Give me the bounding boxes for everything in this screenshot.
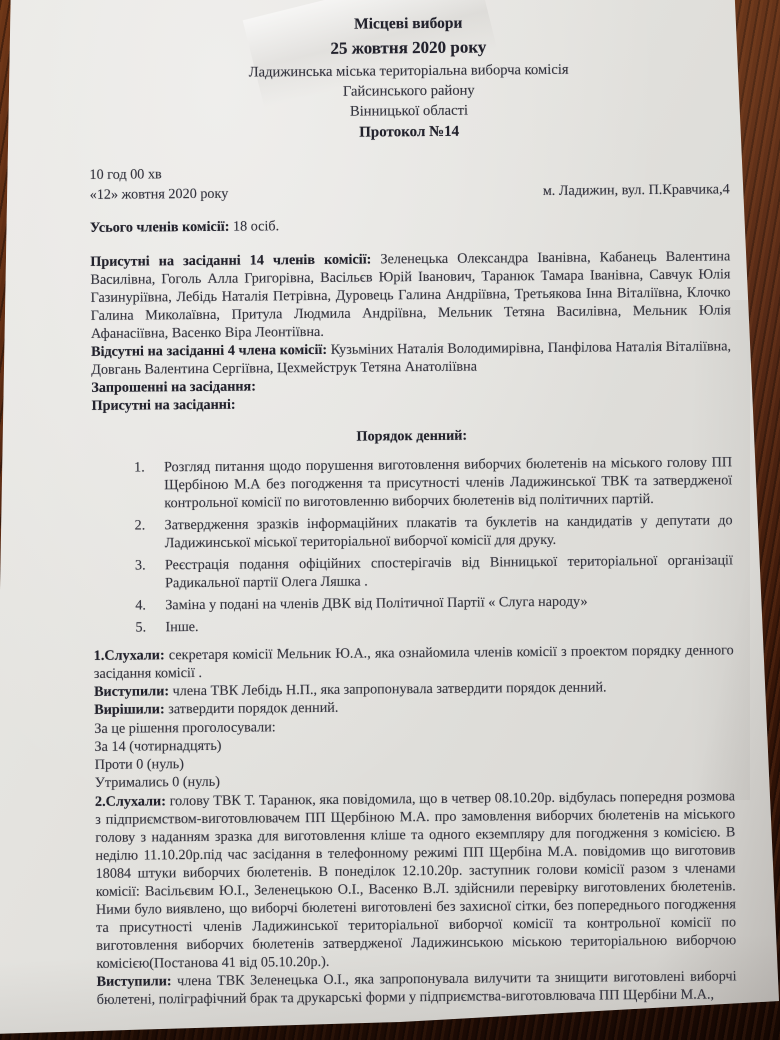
section1-heard-text: секретаря комісії Мельник Ю.А., яка озна… bbox=[94, 642, 734, 682]
total-members-line: Усього членів комісії: 18 осіб. bbox=[90, 213, 730, 237]
agenda-item: 2. Затвердження зразків інформаційних пл… bbox=[93, 511, 733, 553]
agenda-item-number: 1. bbox=[134, 458, 164, 512]
agenda-title: Порядок денний: bbox=[92, 424, 732, 448]
section1-heard-label: 1.Слухали: bbox=[94, 647, 165, 664]
total-members-value: 18 осіб. bbox=[233, 218, 279, 234]
present-members-label: Присутні на засіданні 14 членів комісії: bbox=[90, 251, 371, 269]
agenda-list: 1. Розгляд питання щодо порушення вигото… bbox=[92, 453, 734, 637]
agenda-item: 4. Заміна у подані на членів ДВК від Пол… bbox=[93, 591, 733, 615]
present-members-paragraph: Присутні на засіданні 14 членів комісії:… bbox=[90, 247, 731, 343]
election-title: Місцеві вибори bbox=[88, 12, 728, 36]
section1-spoke-text: члена ТВК Лебідь Н.П., яка запропонувала… bbox=[173, 679, 607, 699]
agenda-item-text: Розгляд питання щодо порушення виготовле… bbox=[164, 453, 732, 512]
section2-spoke-text: члена ТВК Зеленецька О.І., яка запропону… bbox=[97, 968, 737, 1008]
meeting-date-place: «12» жовтня 2020 року м. Ладижин, вул. П… bbox=[90, 180, 730, 204]
absent-members-paragraph: Відсутні на засіданні 4 члена комісії: К… bbox=[91, 337, 731, 379]
agenda-item-number: 4. bbox=[135, 596, 165, 614]
document-content: Місцеві вибори 25 жовтня 2020 року Ладиж… bbox=[0, 0, 780, 1010]
region-name: Вінницької області bbox=[89, 99, 729, 123]
agenda-item-text: Інше. bbox=[165, 613, 733, 636]
section2-heard-text: голову ТВК Т. Таранюк, яка повідомила, щ… bbox=[95, 788, 736, 972]
agenda-item: 3. Реєстрація подання офіційних спостері… bbox=[93, 551, 733, 593]
section2-spoke-label: Виступили: bbox=[96, 973, 171, 990]
agenda-item-number: 3. bbox=[135, 556, 165, 592]
absent-members-label: Відсутні на засіданні 4 члена комісії: bbox=[91, 342, 327, 360]
section1-decided-label: Вирішили: bbox=[94, 701, 165, 718]
agenda-item-number: 2. bbox=[135, 516, 165, 552]
agenda-item-text: Заміна у подані на членів ДВК від Політи… bbox=[165, 591, 733, 614]
section2-heard-label: 2.Слухали: bbox=[95, 793, 166, 810]
section2-spoke: Виступили: члена ТВК Зеленецька О.І., як… bbox=[96, 967, 736, 1009]
section2-heard: 2.Слухали: голову ТВК Т. Таранюк, яка по… bbox=[95, 787, 737, 973]
section1-spoke-label: Виступили: bbox=[94, 683, 169, 700]
section1-heard: 1.Слухали: секретаря комісії Мельник Ю.А… bbox=[94, 641, 734, 683]
election-date: 25 жовтня 2020 року bbox=[88, 36, 728, 60]
agenda-item: 1. Розгляд питання щодо порушення вигото… bbox=[92, 453, 732, 513]
paper-sheet: Місцеві вибори 25 жовтня 2020 року Ладиж… bbox=[0, 0, 780, 1040]
agenda-item: 5. Інше. bbox=[93, 613, 733, 637]
meeting-place: м. Ладижин, вул. П.Кравчика,4 bbox=[543, 180, 730, 200]
protocol-number: Протокол №14 bbox=[89, 120, 729, 144]
meeting-meta: 10 год 00 хв «12» жовтня 2020 року м. Ла… bbox=[89, 160, 729, 204]
section1-decided-text: затвердити порядок денний. bbox=[168, 700, 338, 717]
document-photo: Місцеві вибори 25 жовтня 2020 року Ладиж… bbox=[0, 0, 780, 1040]
total-members-label: Усього членів комісії: bbox=[90, 219, 230, 236]
meeting-date: «12» жовтня 2020 року bbox=[90, 185, 229, 204]
agenda-item-number: 5. bbox=[135, 618, 165, 636]
agenda-item-text: Реєстрація подання офіційних спостерігач… bbox=[165, 551, 733, 592]
agenda-item-text: Затвердження зразків інформаційних плака… bbox=[165, 511, 733, 552]
